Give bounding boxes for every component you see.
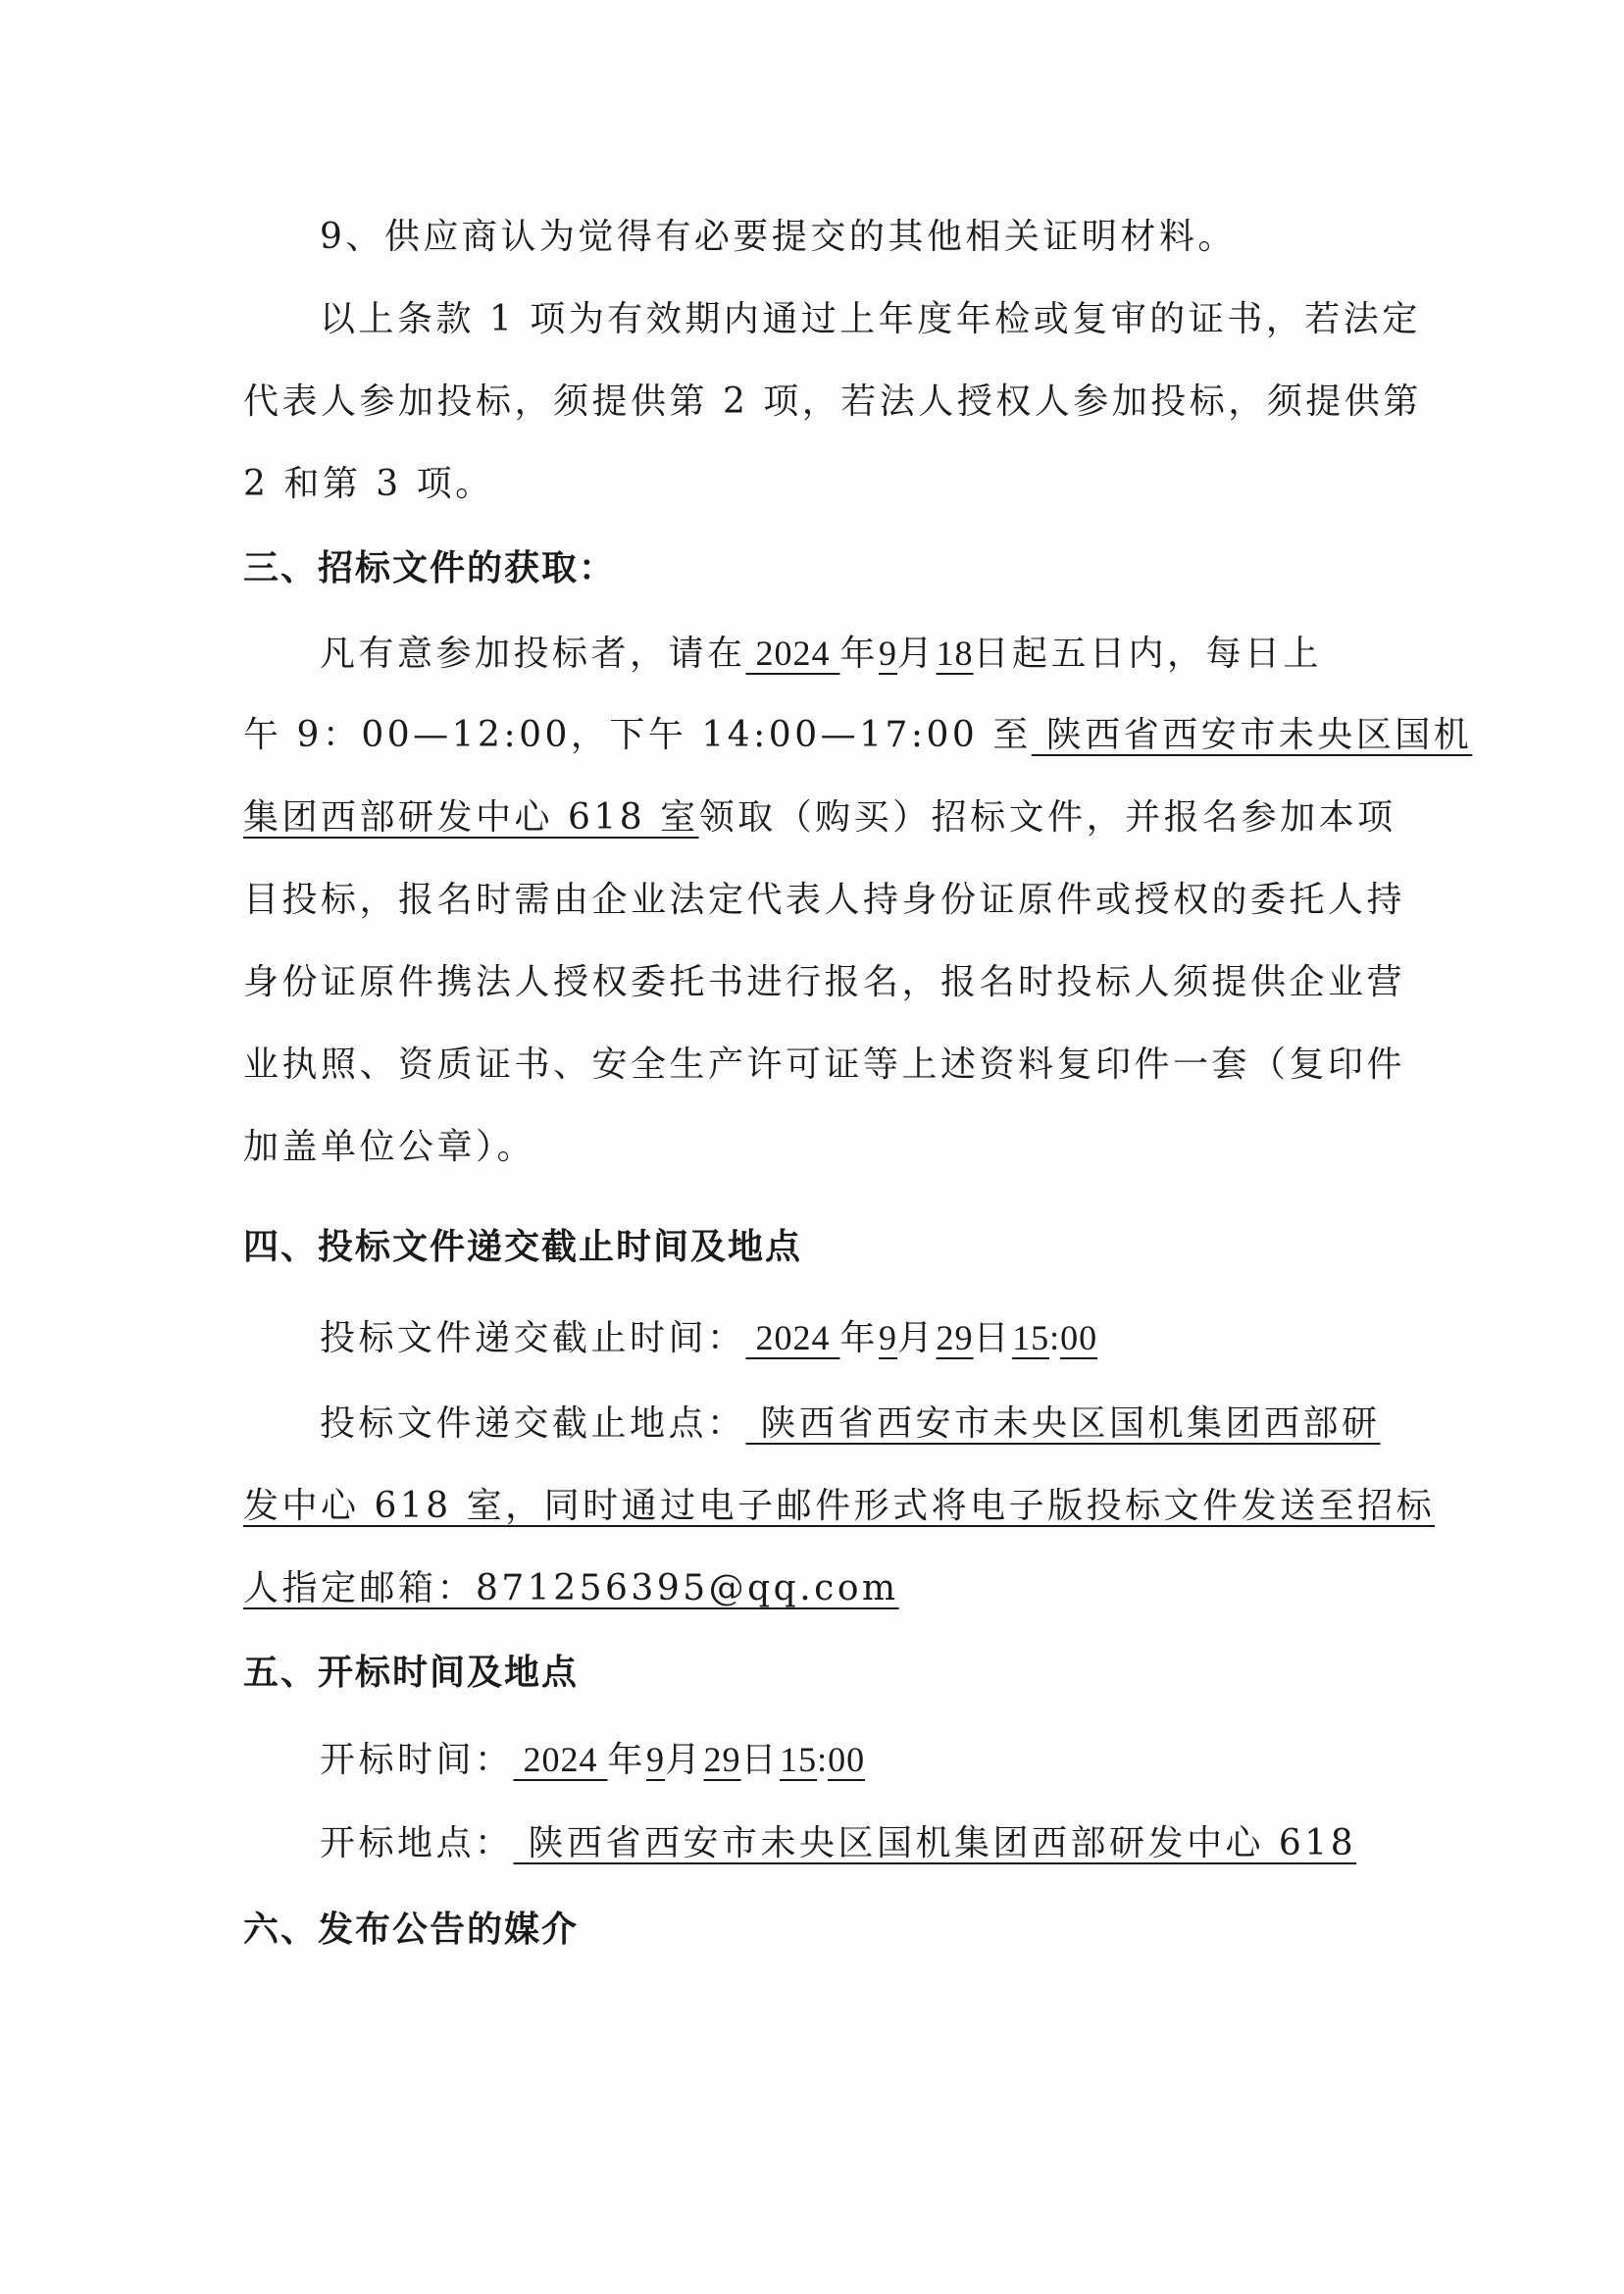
hour-field: 15 [1012, 1318, 1049, 1357]
section-3-line-6: 业执照、资质证书、安全生产许可证等上述资料复印件一套（复印件 [243, 1042, 1381, 1089]
text: 凡有意参加投标者，请在 [320, 634, 746, 674]
address-field: 陕西省西安市未央区国机集团西部研 [746, 1403, 1381, 1444]
text: 月 [897, 634, 937, 674]
text: 身份证原件携法人授权委托书进行报名，报名时投标人须提供企业营 [243, 962, 1405, 1002]
section-5-heading: 五、开标时间及地点 [243, 1650, 1381, 1697]
text: 年 [840, 1318, 880, 1358]
address-field: 发中心 618 室，同时通过电子邮件形式将电子版投标文件发送至招标 [243, 1486, 1435, 1526]
section-3-line-4: 目投标，报名时需由企业法定代表人持身份证原件或授权的委托人持 [243, 877, 1381, 924]
text: 月 [897, 1318, 937, 1358]
item-9: 9、供应商认为觉得有必要提交的其他相关证明材料。 [320, 214, 1381, 261]
address-field: 陕西省西安市未央区国机集团西部研发中心 618 [514, 1823, 1357, 1863]
hour-field: 15 [780, 1740, 817, 1779]
year-field: 2024 [514, 1740, 608, 1779]
text: 月 [665, 1740, 704, 1780]
note-line-2: 代表人参加投标，须提供第 2 项，若法人授权人参加投标，须提供第 [243, 379, 1381, 426]
text: 日起五日内，每日上 [974, 634, 1323, 674]
heading-text: 三、招标文件的获取： [243, 548, 616, 588]
month-field: 9 [879, 634, 897, 673]
note-text: 代表人参加投标，须提供第 2 项，若法人授权人参加投标，须提供第 [243, 382, 1422, 422]
text: 加盖单位公章）。 [243, 1127, 535, 1167]
text: 年 [840, 634, 880, 674]
text: : [1049, 1318, 1060, 1357]
day-field: 18 [937, 634, 974, 673]
day-field: 29 [704, 1740, 741, 1779]
section-3-line-3: 集团西部研发中心 618 室领取（购买）招标文件，并报名参加本项 [243, 794, 1381, 841]
heading-text: 四、投标文件递交截止时间及地点 [243, 1227, 802, 1267]
section-3-line-2: 午 9：00—12:00，下午 14:00—17:00 至 陕西省西安市未央区国… [243, 712, 1381, 759]
address-field: 集团西部研发中心 618 室 [243, 797, 699, 838]
section-4-heading: 四、投标文件递交截止时间及地点 [243, 1224, 1381, 1271]
text: 年 [608, 1740, 647, 1780]
label: 开标地点： [320, 1823, 514, 1863]
minute-field: 00 [828, 1740, 865, 1779]
opening-time-line: 开标时间： 2024 年9月29日15:00 [320, 1736, 1381, 1784]
opening-place-line: 开标地点： 陕西省西安市未央区国机集团西部研发中心 618 [320, 1820, 1381, 1867]
label: 投标文件递交截止地点： [320, 1403, 746, 1444]
email-field: 人指定邮箱：871256395@qq.com [243, 1568, 899, 1608]
text: : [817, 1740, 828, 1779]
year-field: 2024 [746, 634, 840, 673]
label: 投标文件递交截止时间： [320, 1318, 746, 1358]
note-line-3: 2 和第 3 项。 [243, 461, 1381, 508]
heading-text: 六、发布公告的媒介 [243, 1910, 579, 1950]
text: 领取（购买）招标文件，并报名参加本项 [699, 797, 1396, 838]
note-line-1: 以上条款 1 项为有效期内通过上年度年检或复审的证书，若法定 [320, 296, 1381, 343]
section-6-heading: 六、发布公告的媒介 [243, 1907, 1381, 1954]
document-page: 9、供应商认为觉得有必要提交的其他相关证明材料。 以上条款 1 项为有效期内通过… [0, 0, 1624, 2294]
label: 开标时间： [320, 1740, 514, 1780]
item-9-text: 9、供应商认为觉得有必要提交的其他相关证明材料。 [320, 217, 1237, 257]
year-field: 2024 [746, 1318, 840, 1357]
day-field: 29 [937, 1318, 974, 1357]
text: 午 9：00—12:00，下午 14:00—17:00 至 [243, 715, 1032, 755]
section-3-line-7: 加盖单位公章）。 [243, 1124, 1381, 1171]
note-text: 以上条款 1 项为有效期内通过上年度年检或复审的证书，若法定 [320, 299, 1421, 339]
deadline-place-line-3: 人指定邮箱：871256395@qq.com [243, 1565, 1381, 1612]
heading-text: 五、开标时间及地点 [243, 1653, 579, 1693]
month-field: 9 [646, 1740, 665, 1779]
text: 日 [741, 1740, 781, 1780]
month-field: 9 [879, 1318, 897, 1357]
deadline-time-line: 投标文件递交截止时间： 2024 年9月29日15:00 [320, 1314, 1381, 1362]
section-3-line-5: 身份证原件携法人授权委托书进行报名，报名时投标人须提供企业营 [243, 959, 1381, 1006]
address-field: 陕西省西安市未央区国机 [1032, 715, 1472, 755]
note-text: 2 和第 3 项。 [243, 464, 494, 504]
minute-field: 00 [1060, 1318, 1097, 1357]
text: 目投标，报名时需由企业法定代表人持身份证原件或授权的委托人持 [243, 880, 1405, 920]
text: 业执照、资质证书、安全生产许可证等上述资料复印件一套（复印件 [243, 1045, 1405, 1085]
section-3-line-1: 凡有意参加投标者，请在 2024 年9月18日起五日内，每日上 [320, 630, 1381, 678]
deadline-place-line-2: 发中心 618 室，同时通过电子邮件形式将电子版投标文件发送至招标 [243, 1483, 1381, 1530]
deadline-place-line-1: 投标文件递交截止地点： 陕西省西安市未央区国机集团西部研 [320, 1401, 1381, 1448]
text: 日 [974, 1318, 1013, 1358]
section-3-heading: 三、招标文件的获取： [243, 545, 1381, 592]
